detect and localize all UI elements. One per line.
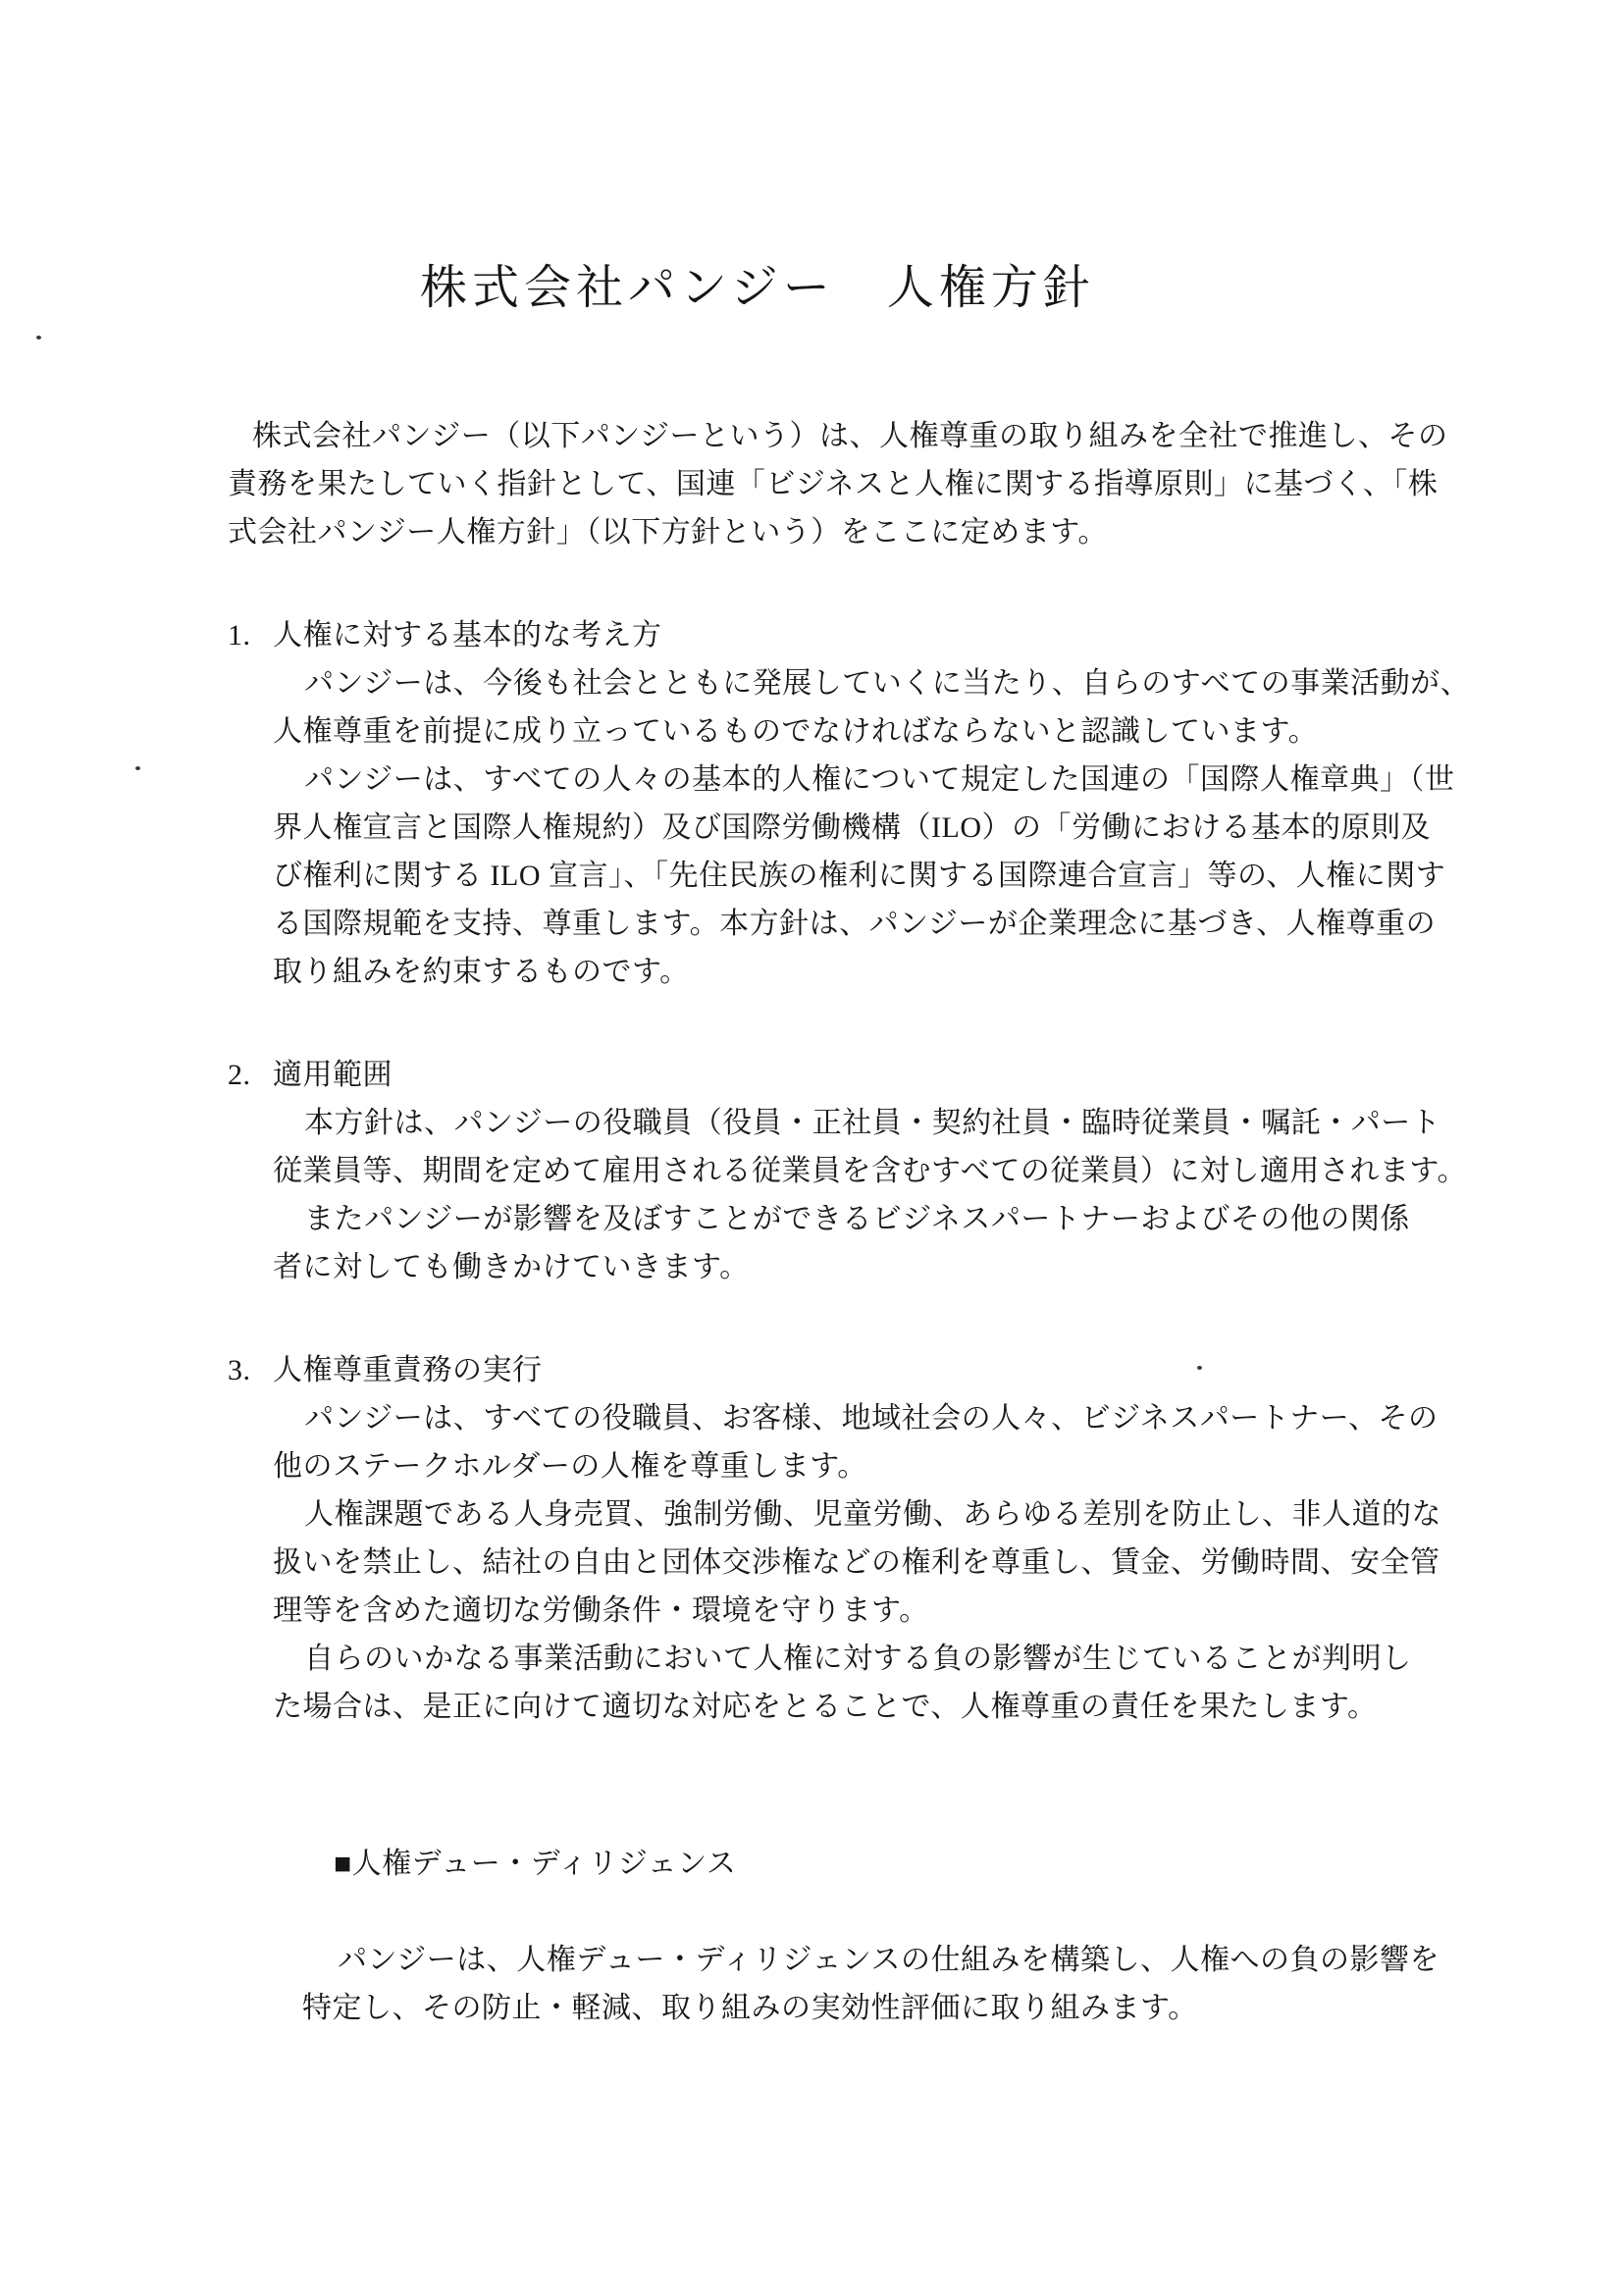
section-paragraph: パンジーは、今後も社会とともに発展していくに当たり、自らのすべての事業活動が、 … <box>273 659 1503 756</box>
section-paragraph: パンジーは、すべての人々の基本的人権について規定した国連の「国際人権章典」（世 … <box>273 756 1503 996</box>
section-heading: 適用範囲 <box>273 1051 393 1099</box>
section-responsibility: 3. 人権尊重責務の実行 パンジーは、すべての役職員、お客様、地域社会の人々、ビ… <box>228 1346 1503 1731</box>
section-scope: 2. 適用範囲 本方針は、パンジーの役職員（役員・正社員・契約社員・臨時従業員・… <box>228 1051 1503 1291</box>
section-paragraph: パンジーは、すべての役職員、お客様、地域社会の人々、ビジネスパートナー、その 他… <box>273 1394 1503 1490</box>
document-content: 株式会社パンジー 人権方針 株式会社パンジー（以下パンジーという）は、人権尊重の… <box>228 0 1503 2032</box>
subsection-heading: 人権デュー・ディリジェンス <box>352 1848 737 1880</box>
section-heading: 人権に対する基本的な考え方 <box>273 611 662 659</box>
section-heading-row: 2. 適用範囲 <box>228 1051 1503 1099</box>
intro-paragraph: 株式会社パンジー（以下パンジーという）は、人権尊重の取り組みを全社で推進し、その… <box>228 412 1503 556</box>
section-heading-row: 1. 人権に対する基本的な考え方 <box>228 611 1503 659</box>
subsection-paragraph: パンジーは、人権デュー・ディリジェンスの仕組みを構築し、人権への負の影響を 特定… <box>302 1936 1503 2032</box>
section-number: 2. <box>228 1051 273 1099</box>
section-paragraph: 本方針は、パンジーの役職員（役員・正社員・契約社員・臨時従業員・嘱託・パート 従… <box>273 1099 1503 1195</box>
section-paragraph: 人権課題である人身売買、強制労働、児童労働、あらゆる差別を防止し、非人道的な 扱… <box>273 1490 1503 1635</box>
scan-speck <box>135 766 140 770</box>
section-number: 1. <box>228 611 273 659</box>
section-basic-approach: 1. 人権に対する基本的な考え方 パンジーは、今後も社会とともに発展していくに当… <box>228 611 1503 996</box>
section-number: 3. <box>228 1346 273 1394</box>
document-page: 株式会社パンジー 人権方針 株式会社パンジー（以下パンジーという）は、人権尊重の… <box>0 0 1623 2296</box>
section-heading-row: 3. 人権尊重責務の実行 <box>228 1346 1503 1394</box>
section-heading: 人権尊重責務の実行 <box>273 1346 543 1394</box>
square-bullet-icon: ■ <box>334 1848 352 1880</box>
subsection-due-diligence: ■人権デュー・ディリジェンス パンジーは、人権デュー・ディリジェンスの仕組みを構… <box>271 1792 1503 2032</box>
subsection-heading-row: ■人権デュー・ディリジェンス <box>271 1792 1503 1936</box>
section-paragraph: またパンジーが影響を及ぼすことができるビジネスパートナーおよびその他の関係 者に… <box>273 1195 1503 1291</box>
document-title: 株式会社パンジー 人権方針 <box>420 263 1503 314</box>
scan-speck <box>36 336 41 339</box>
section-paragraph: 自らのいかなる事業活動において人権に対する負の影響が生じていることが判明し た場… <box>273 1635 1503 1731</box>
